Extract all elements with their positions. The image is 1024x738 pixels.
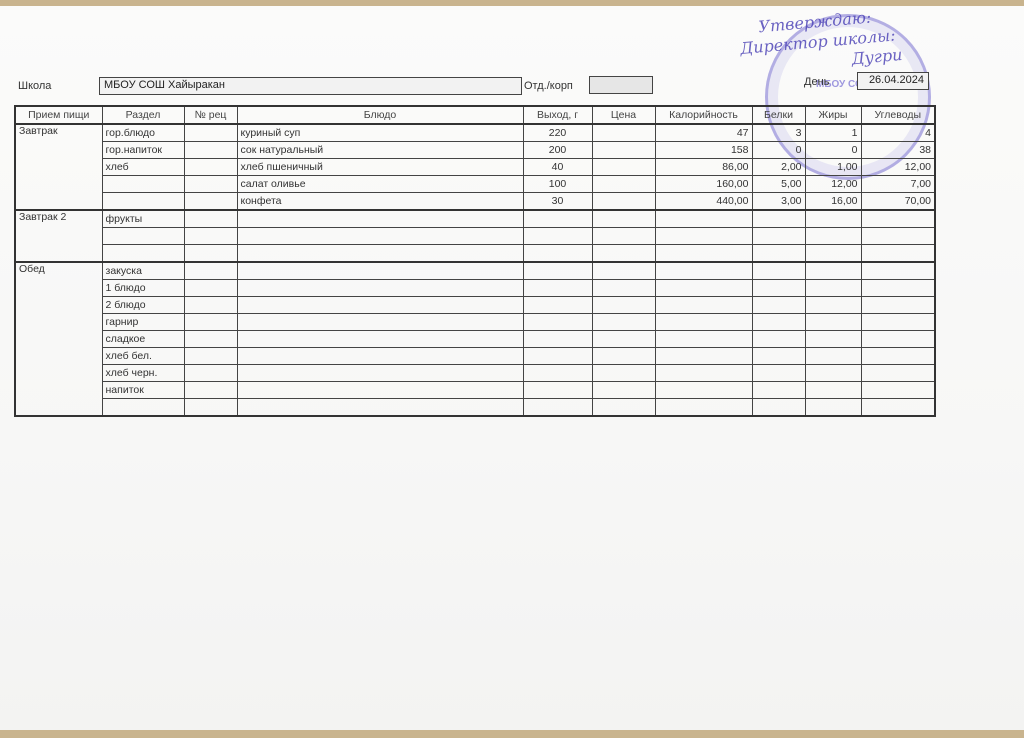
kcal-cell: 47 [655, 124, 752, 142]
col-yield: Выход, г [523, 106, 592, 124]
kcal-cell: 440,00 [655, 193, 752, 211]
dish-cell [237, 365, 523, 382]
section-cell: гор.напиток [102, 142, 184, 159]
protein-cell [752, 210, 805, 228]
kcal-cell [655, 245, 752, 263]
table-row: Завтрак 2фрукты [15, 210, 935, 228]
dish-cell [237, 228, 523, 245]
protein-cell [752, 228, 805, 245]
table-row: салат оливье100160,005,0012,007,00 [15, 176, 935, 193]
price-cell [592, 399, 655, 417]
price-cell [592, 297, 655, 314]
fat-cell: 12,00 [805, 176, 861, 193]
yield-cell [523, 280, 592, 297]
dept-field[interactable] [589, 76, 653, 94]
recipe-cell [184, 314, 237, 331]
kcal-cell [655, 228, 752, 245]
section-cell [102, 176, 184, 193]
carbs-cell: 38 [861, 142, 935, 159]
carbs-cell [861, 245, 935, 263]
section-cell: гор.блюдо [102, 124, 184, 142]
carbs-cell: 4 [861, 124, 935, 142]
carbs-cell [861, 262, 935, 280]
section-cell [102, 399, 184, 417]
fat-cell [805, 280, 861, 297]
fat-cell: 1,00 [805, 159, 861, 176]
yield-cell [523, 297, 592, 314]
recipe-cell [184, 280, 237, 297]
section-cell: гарнир [102, 314, 184, 331]
carbs-cell [861, 382, 935, 399]
yield-cell: 200 [523, 142, 592, 159]
protein-cell [752, 297, 805, 314]
protein-cell [752, 348, 805, 365]
section-cell: хлеб [102, 159, 184, 176]
kcal-cell [655, 348, 752, 365]
col-protein: Белки [752, 106, 805, 124]
recipe-cell [184, 193, 237, 211]
section-cell [102, 245, 184, 263]
dish-cell: конфета [237, 193, 523, 211]
kcal-cell [655, 297, 752, 314]
approval-handwriting: Утверждаю: Директор школы: Дугри [738, 5, 904, 79]
protein-cell [752, 314, 805, 331]
yield-cell [523, 210, 592, 228]
recipe-cell [184, 142, 237, 159]
section-cell: закуска [102, 262, 184, 280]
section-cell: 1 блюдо [102, 280, 184, 297]
price-cell [592, 124, 655, 142]
recipe-cell [184, 297, 237, 314]
fat-cell [805, 228, 861, 245]
price-cell [592, 262, 655, 280]
dish-cell [237, 399, 523, 417]
col-fat: Жиры [805, 106, 861, 124]
protein-cell [752, 382, 805, 399]
menu-table: Прием пищи Раздел № рец Блюдо Выход, г Ц… [14, 105, 936, 417]
table-row: 2 блюдо [15, 297, 935, 314]
kcal-cell [655, 210, 752, 228]
kcal-cell [655, 365, 752, 382]
recipe-cell [184, 245, 237, 263]
protein-cell: 2,00 [752, 159, 805, 176]
yield-cell: 30 [523, 193, 592, 211]
dish-cell: куриный суп [237, 124, 523, 142]
meal-cell: Завтрак 2 [15, 210, 102, 262]
carbs-cell [861, 331, 935, 348]
col-section: Раздел [102, 106, 184, 124]
day-field[interactable]: 26.04.2024 [857, 72, 929, 90]
protein-cell: 0 [752, 142, 805, 159]
fat-cell [805, 399, 861, 417]
fat-cell [805, 210, 861, 228]
carbs-cell [861, 297, 935, 314]
dish-cell [237, 210, 523, 228]
section-cell: напиток [102, 382, 184, 399]
school-label: Школа [18, 80, 51, 92]
fat-cell [805, 348, 861, 365]
table-row: Завтракгор.блюдокуриный суп22047314 [15, 124, 935, 142]
kcal-cell [655, 382, 752, 399]
table-row [15, 245, 935, 263]
menu-body: Завтракгор.блюдокуриный суп22047314гор.н… [15, 124, 935, 416]
carbs-cell: 70,00 [861, 193, 935, 211]
fat-cell: 16,00 [805, 193, 861, 211]
dish-cell [237, 331, 523, 348]
fat-cell [805, 245, 861, 263]
table-row: гор.напитоксок натуральный2001580038 [15, 142, 935, 159]
price-cell [592, 159, 655, 176]
kcal-cell [655, 280, 752, 297]
carbs-cell: 7,00 [861, 176, 935, 193]
fat-cell [805, 382, 861, 399]
dish-cell [237, 382, 523, 399]
day-label: День [804, 76, 829, 88]
price-cell [592, 228, 655, 245]
fat-cell: 0 [805, 142, 861, 159]
carbs-cell [861, 280, 935, 297]
meal-cell: Обед [15, 262, 102, 416]
section-cell [102, 228, 184, 245]
yield-cell [523, 314, 592, 331]
dish-cell: сок натуральный [237, 142, 523, 159]
recipe-cell [184, 159, 237, 176]
price-cell [592, 142, 655, 159]
carbs-cell [861, 314, 935, 331]
kcal-cell [655, 314, 752, 331]
col-recipe: № рец [184, 106, 237, 124]
col-meal: Прием пищи [15, 106, 102, 124]
kcal-cell [655, 399, 752, 417]
kcal-cell: 160,00 [655, 176, 752, 193]
recipe-cell [184, 228, 237, 245]
paper-sheet: МБОУ СОШ Утверждаю: Директор школы: Дугр… [0, 6, 1024, 730]
price-cell [592, 176, 655, 193]
section-cell: 2 блюдо [102, 297, 184, 314]
protein-cell [752, 262, 805, 280]
table-row: Обедзакуска [15, 262, 935, 280]
yield-cell: 220 [523, 124, 592, 142]
table-header-row: Прием пищи Раздел № рец Блюдо Выход, г Ц… [15, 106, 935, 124]
section-cell: хлеб бел. [102, 348, 184, 365]
price-cell [592, 365, 655, 382]
table-row: 1 блюдо [15, 280, 935, 297]
protein-cell: 3 [752, 124, 805, 142]
meal-cell: Завтрак [15, 124, 102, 210]
fat-cell [805, 314, 861, 331]
protein-cell: 5,00 [752, 176, 805, 193]
dish-cell [237, 262, 523, 280]
table-row: напиток [15, 382, 935, 399]
yield-cell [523, 245, 592, 263]
dish-cell [237, 280, 523, 297]
carbs-cell [861, 399, 935, 417]
kcal-cell: 158 [655, 142, 752, 159]
yield-cell [523, 365, 592, 382]
table-row: гарнир [15, 314, 935, 331]
table-row [15, 228, 935, 245]
recipe-cell [184, 365, 237, 382]
col-carbs: Углеводы [861, 106, 935, 124]
carbs-cell [861, 210, 935, 228]
recipe-cell [184, 382, 237, 399]
price-cell [592, 348, 655, 365]
price-cell [592, 210, 655, 228]
fat-cell [805, 262, 861, 280]
table-row: сладкое [15, 331, 935, 348]
col-price: Цена [592, 106, 655, 124]
col-kcal: Калорийность [655, 106, 752, 124]
yield-cell [523, 399, 592, 417]
dish-cell [237, 297, 523, 314]
price-cell [592, 314, 655, 331]
yield-cell [523, 262, 592, 280]
recipe-cell [184, 124, 237, 142]
price-cell [592, 193, 655, 211]
yield-cell [523, 331, 592, 348]
kcal-cell: 86,00 [655, 159, 752, 176]
carbs-cell [861, 228, 935, 245]
carbs-cell [861, 348, 935, 365]
carbs-cell [861, 365, 935, 382]
dish-cell: салат оливье [237, 176, 523, 193]
fat-cell [805, 331, 861, 348]
dish-cell [237, 348, 523, 365]
section-cell [102, 193, 184, 211]
protein-cell [752, 365, 805, 382]
recipe-cell [184, 210, 237, 228]
price-cell [592, 331, 655, 348]
recipe-cell [184, 399, 237, 417]
col-dish: Блюдо [237, 106, 523, 124]
yield-cell: 100 [523, 176, 592, 193]
price-cell [592, 280, 655, 297]
yield-cell: 40 [523, 159, 592, 176]
protein-cell [752, 280, 805, 297]
fat-cell: 1 [805, 124, 861, 142]
recipe-cell [184, 262, 237, 280]
fat-cell [805, 297, 861, 314]
table-row: конфета30440,003,0016,0070,00 [15, 193, 935, 211]
table-row: хлеб черн. [15, 365, 935, 382]
protein-cell [752, 399, 805, 417]
yield-cell [523, 382, 592, 399]
kcal-cell [655, 262, 752, 280]
dish-cell [237, 245, 523, 263]
protein-cell: 3,00 [752, 193, 805, 211]
recipe-cell [184, 348, 237, 365]
dept-label: Отд./корп [524, 80, 573, 92]
kcal-cell [655, 331, 752, 348]
protein-cell [752, 245, 805, 263]
school-field[interactable]: МБОУ СОШ Хайыракан [99, 77, 522, 95]
fat-cell [805, 365, 861, 382]
table-row: хлеб бел. [15, 348, 935, 365]
recipe-cell [184, 331, 237, 348]
protein-cell [752, 331, 805, 348]
section-cell: фрукты [102, 210, 184, 228]
price-cell [592, 382, 655, 399]
recipe-cell [184, 176, 237, 193]
dish-cell [237, 314, 523, 331]
section-cell: сладкое [102, 331, 184, 348]
carbs-cell: 12,00 [861, 159, 935, 176]
dish-cell: хлеб пшеничный [237, 159, 523, 176]
section-cell: хлеб черн. [102, 365, 184, 382]
table-row: хлебхлеб пшеничный4086,002,001,0012,00 [15, 159, 935, 176]
price-cell [592, 245, 655, 263]
yield-cell [523, 348, 592, 365]
table-row [15, 399, 935, 417]
yield-cell [523, 228, 592, 245]
